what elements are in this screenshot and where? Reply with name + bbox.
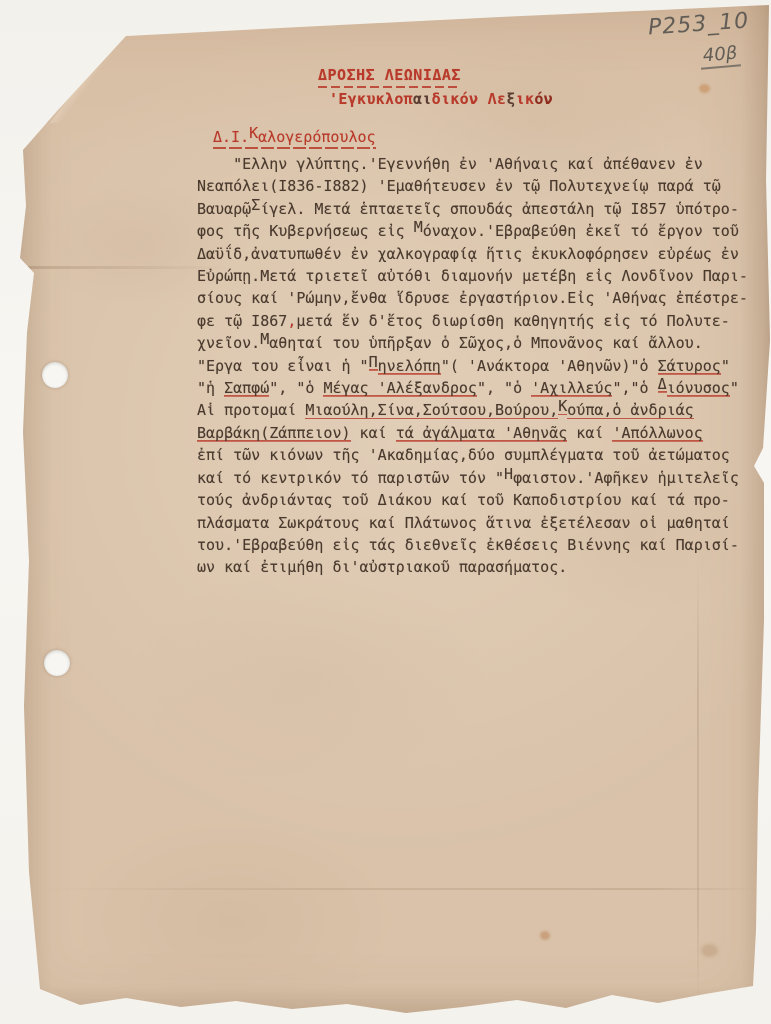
text-segment: Μιαούλη,Σίνα,Σούτσου,Βούρου, xyxy=(305,401,558,419)
text-segment: Κ xyxy=(249,124,258,142)
text-segment: σίους καί 'Ρώμην,ἔνθα ἵδρυσε ἐργαστήριον… xyxy=(197,289,748,307)
text-segment: Εὐρώπῃ.Μετά τριετεῖ αὐτόθι διαμονήν μετέ… xyxy=(197,267,748,285)
punch-hole xyxy=(42,362,68,388)
text-segment: Βαρβάκη(Ζάππειον) xyxy=(197,424,351,442)
body-line: "Ελλην γλύπτης.'Εγεννήθη ἐν 'Αθήναις καί… xyxy=(197,153,749,175)
text-segment: "Εργα του εἶναι ἡ " xyxy=(197,357,369,375)
text-segment: τούς ἀνδριάντας τοῦ Διάκου καί τοῦ Καποδ… xyxy=(197,491,730,509)
text-segment: "( 'Ανάκτορα 'Αθηνῶν)"ὁ xyxy=(441,357,658,375)
text-segment: καί τό κεντρικόν τό παριστῶν τόν " xyxy=(197,469,504,487)
punch-hole xyxy=(44,650,70,676)
text-segment: Βαυαρῷ xyxy=(197,200,251,218)
document-title: ΔΡΟΣΗΣ ΛΕΩΝΙΔΑΣ xyxy=(318,66,461,88)
text-segment: αθηταί του ὑπῆρξαν ὁ Σῶχος,ὁ Μπονᾶνος κα… xyxy=(269,334,702,352)
text-segment: καί xyxy=(351,424,396,442)
text-segment: Σ xyxy=(251,196,260,214)
document-subtitle: 'Εγκυκλοπαιδικόν Λεξικόν xyxy=(329,90,553,108)
text-segment: δικόν xyxy=(432,90,488,108)
text-segment: Νεαπόλει(I836-I882) 'Εμαθήτευσεν ἐν τῷ Π… xyxy=(197,177,721,195)
text-segment: Δ xyxy=(658,375,667,393)
text-segment: φος τῆς Κυβερνήσεως εἰς xyxy=(197,222,414,240)
corner-fold xyxy=(22,28,140,123)
body-line: χνεῖον.Μαθηταί του ὑπῆρξαν ὁ Σῶχος,ὁ Μπο… xyxy=(197,332,749,354)
body-line: του.'Εβραβεύθη εἰς τάς διεθνεῖς ἐκθέσεις… xyxy=(197,534,749,556)
body-line: καί τό κεντρικόν τό παριστῶν τόν "Ηφαιστ… xyxy=(197,467,749,489)
text-segment: Λε xyxy=(488,90,507,108)
text-segment: "Ελλην γλύπτης.'Εγεννήθη ἐν 'Αθήναις καί… xyxy=(197,155,703,173)
body-line: "Εργα του εἶναι ἡ "Πηνελόπη"( 'Ανάκτορα … xyxy=(197,355,749,377)
paper-crease xyxy=(30,888,760,890)
text-segment: ιόνυσος xyxy=(667,379,730,397)
text-segment: Η xyxy=(504,465,513,483)
text-segment: Σάτυρος xyxy=(658,357,721,375)
body-line: Νεαπόλει(I836-I882) 'Εμαθήτευσεν ἐν τῷ Π… xyxy=(197,175,749,197)
text-segment: Μ xyxy=(414,218,423,236)
body-line: "ἡ Σαπφώ", "ὁ Μέγας 'Αλέξανδρος", "ὁ 'Αχ… xyxy=(197,377,749,399)
text-segment: αλογερόπουλος xyxy=(258,128,375,146)
document-page: P253_10 40β ΔΡΟΣΗΣ ΛΕΩΝΙΔΑΣ 'Εγκυκλοπαιδ… xyxy=(0,0,771,1024)
body-line: ΒαυαρῷΣίγελ. Μετά ἑπταετεῖς σπουδάς ἀπεσ… xyxy=(197,198,749,220)
text-segment: φε τῷ I867 xyxy=(197,312,287,330)
paper-stain xyxy=(540,931,550,940)
body-line: τούς ἀνδριάντας τοῦ Διάκου καί τοῦ Καποδ… xyxy=(197,489,749,511)
text-segment: φαιστον.'Αφῆκεν ἡμιτελεῖς xyxy=(513,469,739,487)
paper-stain xyxy=(699,84,710,93)
text-segment: , xyxy=(287,312,296,330)
text-segment: " xyxy=(730,379,739,397)
text-segment: καί xyxy=(567,424,612,442)
text-segment: πλάσματα Σωκράτους καί Πλάτωνος ἅτινα ἐξ… xyxy=(197,514,730,532)
text-segment: " xyxy=(721,357,730,375)
paper-crease xyxy=(697,560,699,1000)
text-segment: ἐπί τῶν κιόνων τῆς 'Ακαδημίας,δύο συμπλέ… xyxy=(197,446,730,464)
text-segment: "ἡ xyxy=(197,379,224,397)
body-line: ἐπί τῶν κιόνων τῆς 'Ακαδημίας,δύο συμπλέ… xyxy=(197,444,749,466)
paper-stain xyxy=(701,944,718,957)
text-segment: όν xyxy=(534,90,553,108)
body-line: Βαρβάκη(Ζάππειον) καί τά ἀγάλματα 'Αθηνᾶ… xyxy=(197,422,749,444)
text-segment: τά ἀγάλματα 'Αθηνᾶς xyxy=(396,424,568,442)
text-segment: ων καί ἐτιμήθη δι'αὐστριακοῦ παρασήματος… xyxy=(197,558,567,576)
text-segment: Μέγας 'Αλέξανδρος xyxy=(323,379,477,397)
text-segment: όναχον.'Εβραβεύθη ἐκεῖ τό ἔργον τοῦ xyxy=(423,222,739,240)
text-segment: ηνελόπη xyxy=(378,357,441,375)
body-line: ων καί ἐτιμήθη δι'αὐστριακοῦ παρασήματος… xyxy=(197,556,749,578)
text-segment: ικ xyxy=(516,90,535,108)
text-segment: Κ xyxy=(558,397,567,415)
document-body: "Ελλην γλύπτης.'Εγεννήθη ἐν 'Αθήναις καί… xyxy=(197,153,749,579)
text-segment: 'Αχιλλεύς xyxy=(531,379,612,397)
text-segment: ", "ὁ xyxy=(269,379,323,397)
archival-code-annotation: P253_10 xyxy=(647,8,750,40)
text-segment: Σαπφώ xyxy=(224,379,269,397)
body-line: Αἱ προτομαί Μιαούλη,Σίνα,Σούτσου,Βούρου,… xyxy=(197,399,749,421)
folio-number-annotation: 40β xyxy=(699,42,741,69)
body-line: Εὐρώπῃ.Μετά τριετεῖ αὐτόθι διαμονήν μετέ… xyxy=(197,265,749,287)
text-segment: ούπα,ὁ ἀνδριάς xyxy=(567,401,693,419)
body-line: σίους καί 'Ρώμην,ἔνθα ἵδρυσε ἐργαστήριον… xyxy=(197,287,749,309)
text-segment: Π xyxy=(369,353,378,371)
text-segment: του.'Εβραβεύθη εἰς τάς διεθνεῖς ἐκθέσεις… xyxy=(197,536,739,554)
text-segment: χνεῖον. xyxy=(197,334,260,352)
body-line: πλάσματα Σωκράτους καί Πλάτωνος ἅτινα ἐξ… xyxy=(197,512,749,534)
scan-background: P253_10 40β ΔΡΟΣΗΣ ΛΕΩΝΙΔΑΣ 'Εγκυκλοπαιδ… xyxy=(0,0,771,1024)
text-segment: 'Απόλλωνος xyxy=(612,424,702,442)
text-segment: Δ.Ι. xyxy=(213,128,249,146)
body-line: Δαϋΐδ,ἀνατυπωθέν ἐν χαλκογραφίᾳ ἥτις ἐκυ… xyxy=(197,243,749,265)
text-segment: Μ xyxy=(260,330,269,348)
body-line: φε τῷ I867,μετά ἕν δ'ἔτος διωρίσθη καθηγ… xyxy=(197,310,749,332)
text-segment: 'Εγκυκλοπ xyxy=(329,90,413,108)
text-segment: Αἱ προτομαί xyxy=(197,401,305,419)
text-segment: ξ xyxy=(506,90,515,108)
text-segment: ","ὁ xyxy=(612,379,657,397)
text-segment: μετά ἕν δ'ἔτος διωρίσθη καθηγητής εἰς τό… xyxy=(296,312,729,330)
body-line: φος τῆς Κυβερνήσεως εἰς Μόναχον.'Εβραβεύ… xyxy=(197,220,749,242)
text-segment: ίγελ. Μετά ἑπταετεῖς σπουδάς ἀπεστάλη τῷ… xyxy=(260,200,739,218)
author-name: Δ.Ι.Καλογερόπουλος xyxy=(213,128,376,149)
text-segment: ", "ὁ xyxy=(477,379,531,397)
text-segment: Δαϋΐδ,ἀνατυπωθέν ἐν χαλκογραφίᾳ ἥτις ἐκυ… xyxy=(197,245,739,263)
text-segment: αι xyxy=(413,90,432,108)
